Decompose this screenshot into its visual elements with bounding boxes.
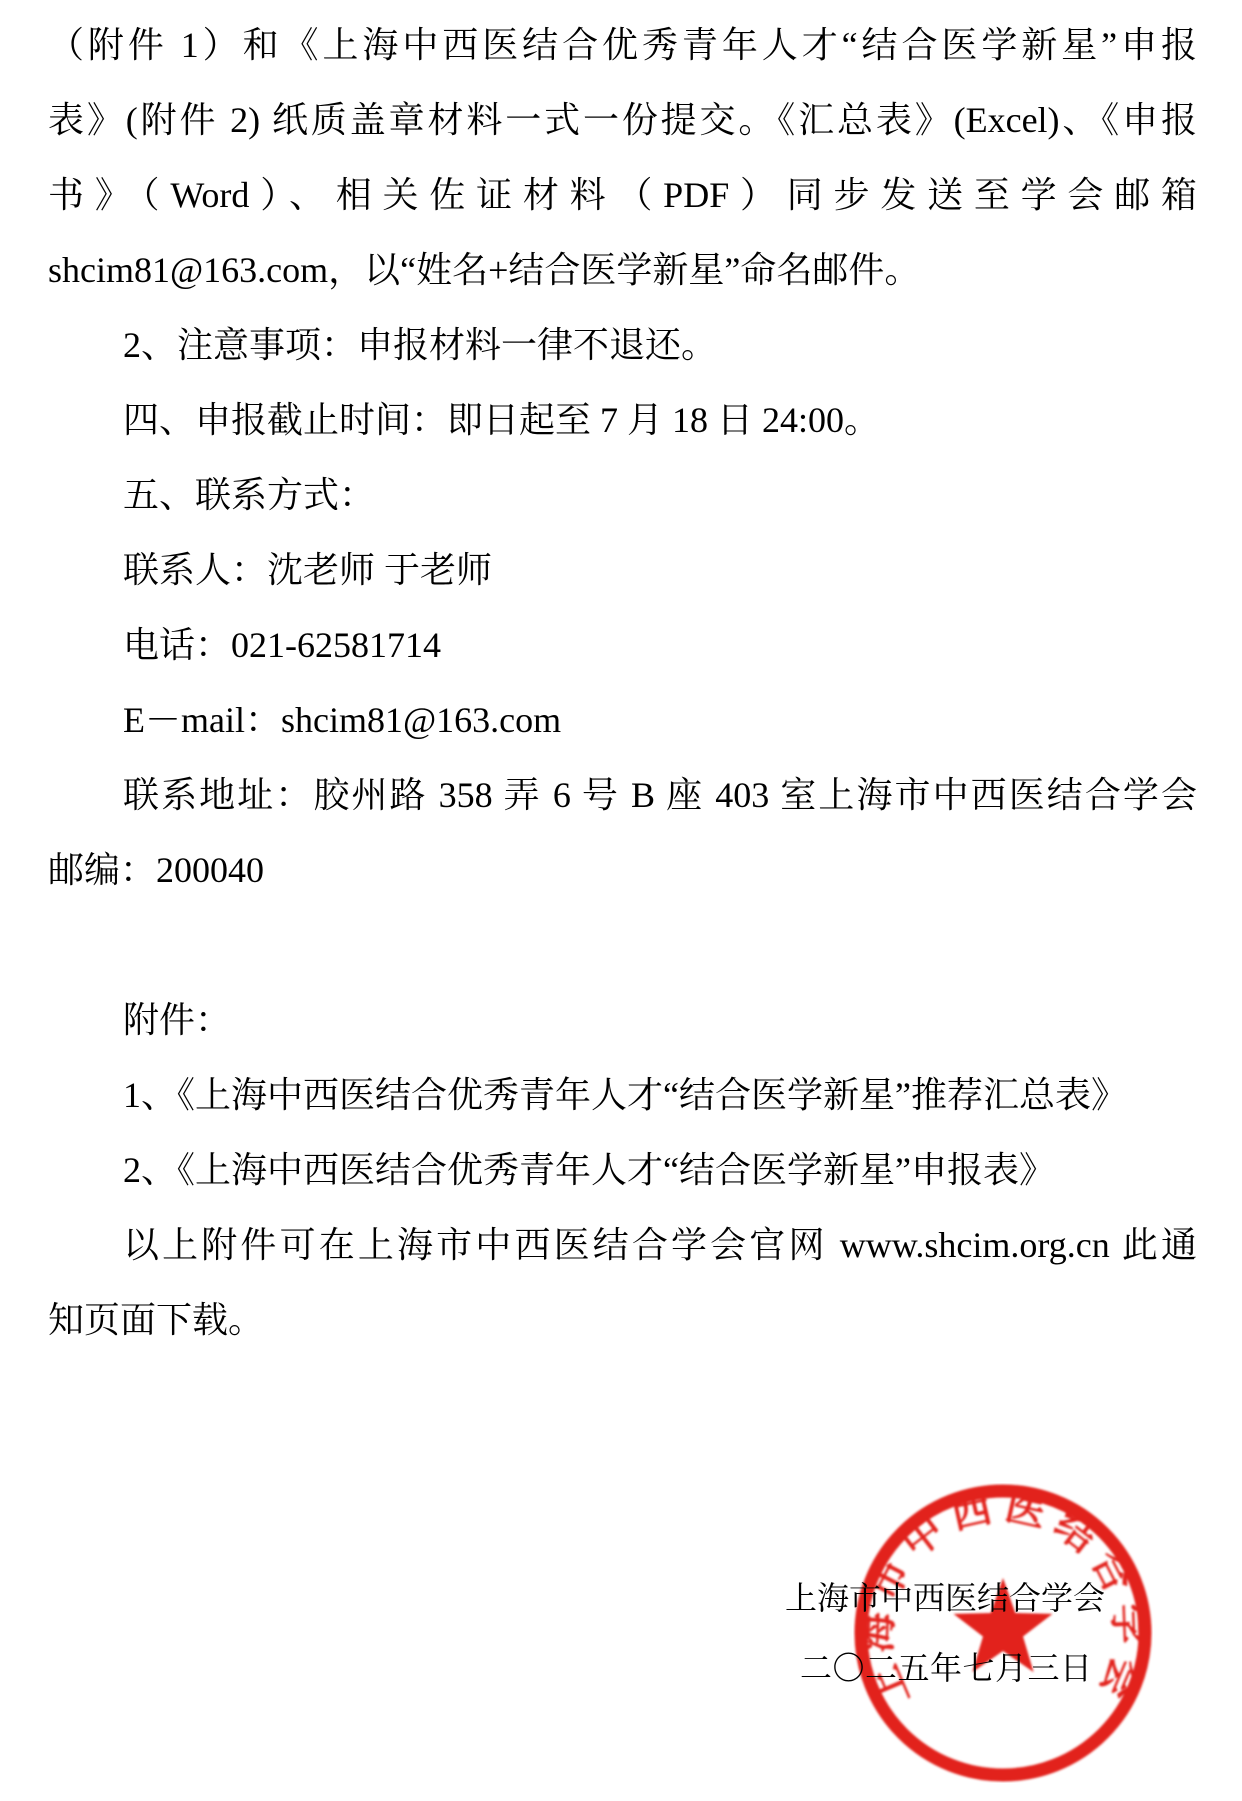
- document-line: 2、注意事项：申报材料一律不退还。: [48, 308, 1197, 383]
- document-body: （附件 1）和《上海中西医结合优秀青年人才“结合医学新星”申报 表》(附件 2)…: [48, 8, 1197, 1358]
- document-line: 邮编：200040: [48, 833, 1197, 908]
- document-line: 2、《上海中西医结合优秀青年人才“结合医学新星”申报表》: [48, 1133, 1197, 1208]
- document-line: E－mail：shcim81@163.com: [48, 683, 1197, 758]
- document-line: 以上附件可在上海市中西医结合学会官网 www.shcim.org.cn 此通: [48, 1208, 1197, 1283]
- document-line: 五、联系方式：: [48, 458, 1197, 533]
- document-line: 附件：: [48, 983, 1197, 1058]
- document-blank-line: [48, 908, 1197, 983]
- signature-org-line: 上海市中西医结合学会: [785, 1578, 1105, 1618]
- document-line: shcim81@163.com，以“姓名+结合医学新星”命名邮件。: [48, 233, 1197, 308]
- document-line: 知页面下载。: [48, 1283, 1197, 1358]
- document-line: 电话：021-62581714: [48, 608, 1197, 683]
- document-page: （附件 1）和《上海中西医结合优秀青年人才“结合医学新星”申报 表》(附件 2)…: [0, 0, 1242, 1801]
- document-line: 书》（Word）、相关佐证材料（PDF）同步发送至学会邮箱: [48, 158, 1197, 233]
- document-line: 联系人：沈老师 于老师: [48, 533, 1197, 608]
- document-line: 联系地址：胶州路 358 弄 6 号 B 座 403 室上海市中西医结合学会: [48, 758, 1197, 833]
- document-line: 表》(附件 2) 纸质盖章材料一式一份提交。《汇总表》(Excel)、《申报: [48, 83, 1197, 158]
- document-line: 四、申报截止时间：即日起至 7 月 18 日 24:00。: [48, 383, 1197, 458]
- document-line: （附件 1）和《上海中西医结合优秀青年人才“结合医学新星”申报: [48, 8, 1197, 83]
- document-line: 1、《上海中西医结合优秀青年人才“结合医学新星”推荐汇总表》: [48, 1058, 1197, 1133]
- signature-date-line: 二〇二五年七月三日: [800, 1648, 1093, 1688]
- official-seal: 上海市中西医结合学会: [853, 1483, 1153, 1783]
